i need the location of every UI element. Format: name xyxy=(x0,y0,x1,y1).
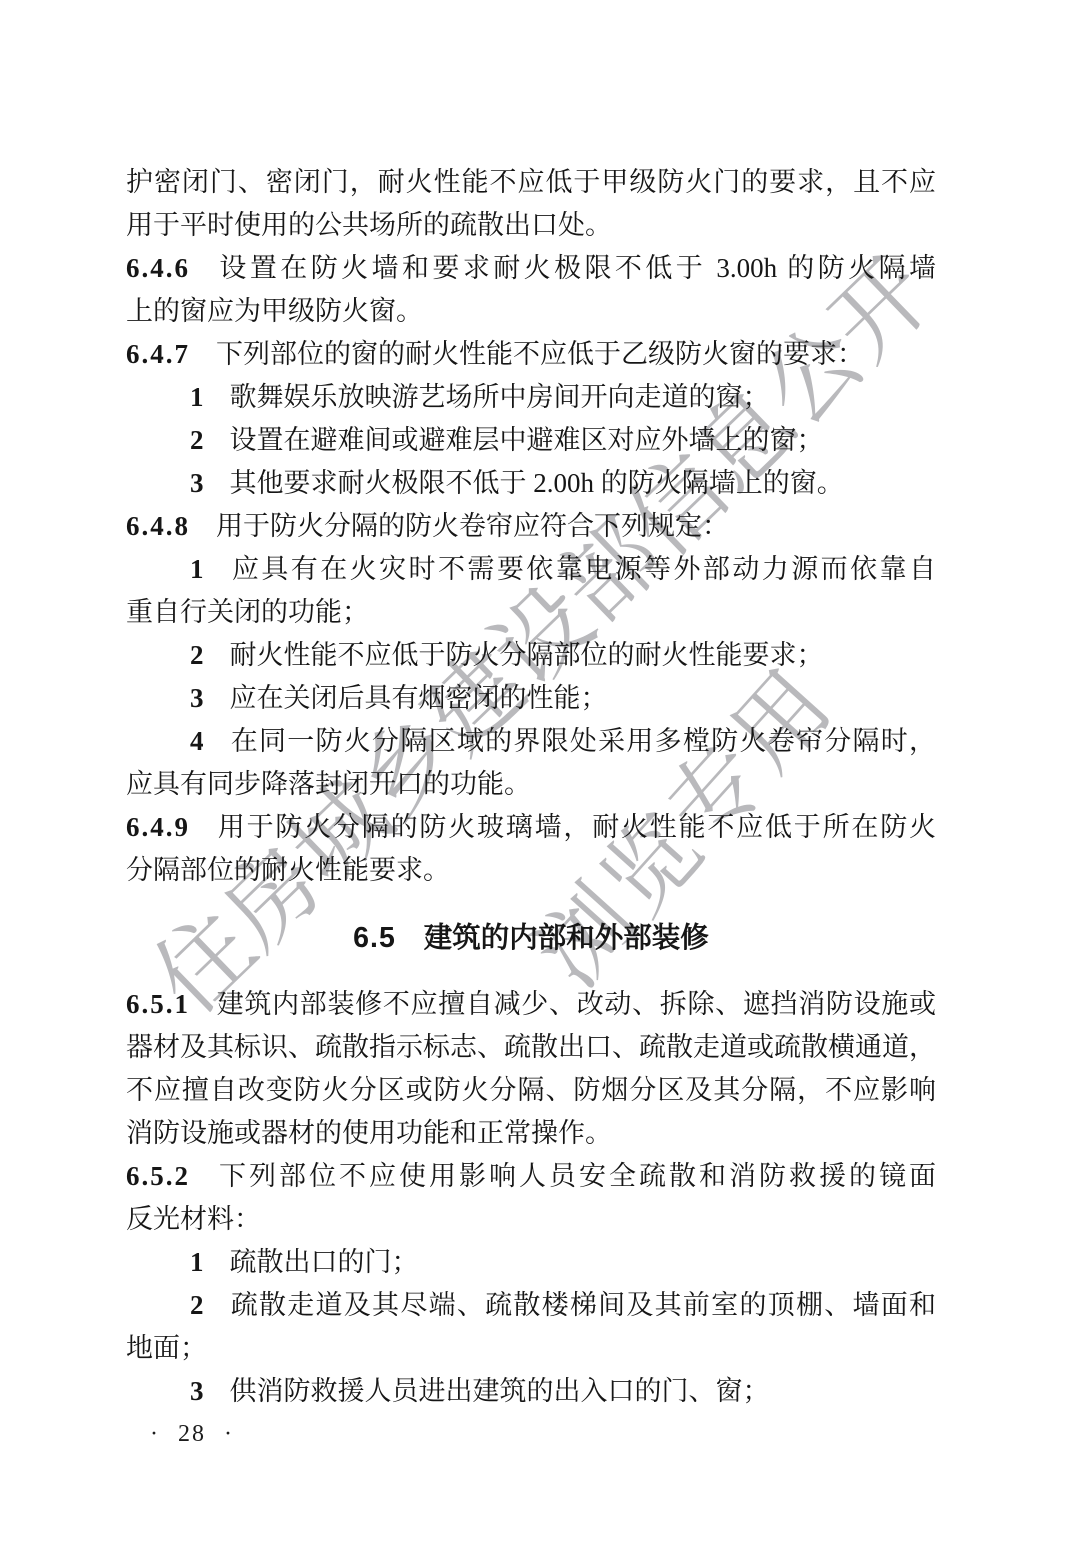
text-line: 不应擅自改变防火分区或防火分隔、防烟分区及其分隔，不应影响 xyxy=(126,1069,936,1112)
section-number: 6.4.6 xyxy=(126,253,190,283)
list-item-line: 4在同一防火分隔区域的界限处采用多樘防火卷帘分隔时， xyxy=(126,720,936,763)
section-paragraph-line: 6.5.1建筑内部装修不应擅自减少、改动、拆除、遮挡消防设施或 xyxy=(126,983,936,1026)
item-number: 1 xyxy=(190,1247,204,1277)
line-text: 地面； xyxy=(126,1333,207,1363)
item-number: 3 xyxy=(190,683,204,713)
line-text: 建筑内部装修不应擅自减少、改动、拆除、遮挡消防设施或 xyxy=(216,989,936,1019)
line-text: 其他要求耐火极限不低于 2.00h 的防火隔墙上的窗。 xyxy=(230,468,844,498)
document-body: 护密闭门、密闭门，耐火性能不应低于甲级防火门的要求，且不应用于平时使用的公共场所… xyxy=(0,0,936,1456)
line-text: 下列部位不应使用影响人员安全疏散和消防救援的镜面 xyxy=(216,1161,936,1191)
section-paragraph-line: 6.5.2下列部位不应使用影响人员安全疏散和消防救援的镜面 xyxy=(126,1155,936,1198)
item-number: 1 xyxy=(190,382,204,412)
text-line: 应具有同步降落封闭开口的功能。 xyxy=(126,763,936,806)
line-text: 耐火性能不应低于防火分隔部位的耐火性能要求； xyxy=(230,640,824,670)
line-text: 应具有在火灾时不需要依靠电源等外部动力源而依靠自 xyxy=(230,554,937,584)
line-text: 疏散出口的门； xyxy=(230,1247,419,1277)
list-item-line: 1疏散出口的门； xyxy=(126,1241,936,1284)
line-text: 分隔部位的耐火性能要求。 xyxy=(126,855,450,885)
heading-title: 建筑的内部和外部装修 xyxy=(424,922,709,954)
line-text: 不应擅自改变防火分区或防火分隔、防烟分区及其分隔，不应影响 xyxy=(126,1075,936,1105)
line-text: 歌舞娱乐放映游艺场所中房间开向走道的窗； xyxy=(230,382,770,412)
list-item-line: 2设置在避难间或避难层中避难区对应外墙上的窗； xyxy=(126,419,936,462)
heading-number: 6.5 xyxy=(353,922,396,954)
list-item-line: 2疏散走道及其尽端、疏散楼梯间及其前室的顶棚、墙面和 xyxy=(126,1284,936,1327)
text-line: 用于平时使用的公共场所的疏散出口处。 xyxy=(126,204,936,247)
item-number: 2 xyxy=(190,425,204,455)
item-number: 3 xyxy=(190,1376,204,1406)
line-text: 设置在避难间或避难层中避难区对应外墙上的窗； xyxy=(230,425,824,455)
list-item-line: 1歌舞娱乐放映游艺场所中房间开向走道的窗； xyxy=(126,376,936,419)
section-number: 6.4.9 xyxy=(126,812,190,842)
line-text: 重自行关闭的功能； xyxy=(126,597,369,627)
list-item-line: 2耐火性能不应低于防火分隔部位的耐火性能要求； xyxy=(126,634,936,677)
line-text: 应具有同步降落封闭开口的功能。 xyxy=(126,769,531,799)
item-number: 4 xyxy=(190,726,204,756)
text-line: 护密闭门、密闭门，耐火性能不应低于甲级防火门的要求，且不应 xyxy=(126,161,936,204)
line-text: 器材及其标识、疏散指示标志、疏散出口、疏散走道或疏散横通道， xyxy=(126,1032,936,1062)
section-heading: 6.5建筑的内部和外部装修 xyxy=(126,917,936,960)
list-item-line: 3供消防救援人员进出建筑的出入口的门、窗； xyxy=(126,1370,936,1413)
item-number: 1 xyxy=(190,554,204,584)
item-number: 3 xyxy=(190,468,204,498)
line-text: 疏散走道及其尽端、疏散楼梯间及其前室的顶棚、墙面和 xyxy=(230,1290,937,1320)
line-text: 应在关闭后具有烟密闭的性能； xyxy=(230,683,608,713)
list-item-line: 3应在关闭后具有烟密闭的性能； xyxy=(126,677,936,720)
item-number: 2 xyxy=(190,1290,204,1320)
list-item-line: 3其他要求耐火极限不低于 2.00h 的防火隔墙上的窗。 xyxy=(126,462,936,505)
line-text: 用于平时使用的公共场所的疏散出口处。 xyxy=(126,210,612,240)
section-paragraph-line: 6.4.7下列部位的窗的耐火性能不应低于乙级防火窗的要求： xyxy=(126,333,936,376)
line-text: 反光材料： xyxy=(126,1204,261,1234)
line-text: 用于防火分隔的防火玻璃墙，耐火性能不应低于所在防火 xyxy=(216,812,936,842)
section-number: 6.4.7 xyxy=(126,339,190,369)
section-number: 6.4.8 xyxy=(126,511,190,541)
text-line: 反光材料： xyxy=(126,1198,936,1241)
line-text: 用于防火分隔的防火卷帘应符合下列规定： xyxy=(216,511,729,541)
section-paragraph-line: 6.4.8用于防火分隔的防火卷帘应符合下列规定： xyxy=(126,505,936,548)
list-item-line: 1应具有在火灾时不需要依靠电源等外部动力源而依靠自 xyxy=(126,548,936,591)
line-text: 护密闭门、密闭门，耐火性能不应低于甲级防火门的要求，且不应 xyxy=(126,167,936,197)
line-text: 消防设施或器材的使用功能和正常操作。 xyxy=(126,1118,612,1148)
line-text: 供消防救援人员进出建筑的出入口的门、窗； xyxy=(230,1376,770,1406)
line-text: 在同一防火分隔区域的界限处采用多樘防火卷帘分隔时， xyxy=(230,726,937,756)
line-text: 上的窗应为甲级防火窗。 xyxy=(126,296,423,326)
text-line: 重自行关闭的功能； xyxy=(126,591,936,634)
page-number: · 28 · xyxy=(126,1413,960,1456)
document-page: 住房城乡建设部信息公开 浏览专用 护密闭门、密闭门，耐火性能不应低于甲级防火门的… xyxy=(0,0,1080,1565)
text-line: 地面； xyxy=(126,1327,936,1370)
line-text: 设置在防火墙和要求耐火极限不低于 3.00h 的防火隔墙 xyxy=(216,253,936,283)
text-line: 器材及其标识、疏散指示标志、疏散出口、疏散走道或疏散横通道， xyxy=(126,1026,936,1069)
section-number: 6.5.2 xyxy=(126,1161,190,1191)
section-paragraph-line: 6.4.6设置在防火墙和要求耐火极限不低于 3.00h 的防火隔墙 xyxy=(126,247,936,290)
section-paragraph-line: 6.4.9用于防火分隔的防火玻璃墙，耐火性能不应低于所在防火 xyxy=(126,806,936,849)
line-text: 下列部位的窗的耐火性能不应低于乙级防火窗的要求： xyxy=(216,339,864,369)
section-number: 6.5.1 xyxy=(126,989,190,1019)
text-line: 上的窗应为甲级防火窗。 xyxy=(126,290,936,333)
item-number: 2 xyxy=(190,640,204,670)
text-line: 分隔部位的耐火性能要求。 xyxy=(126,849,936,892)
text-line: 消防设施或器材的使用功能和正常操作。 xyxy=(126,1112,936,1155)
text-block: 护密闭门、密闭门，耐火性能不应低于甲级防火门的要求，且不应用于平时使用的公共场所… xyxy=(126,161,936,1413)
